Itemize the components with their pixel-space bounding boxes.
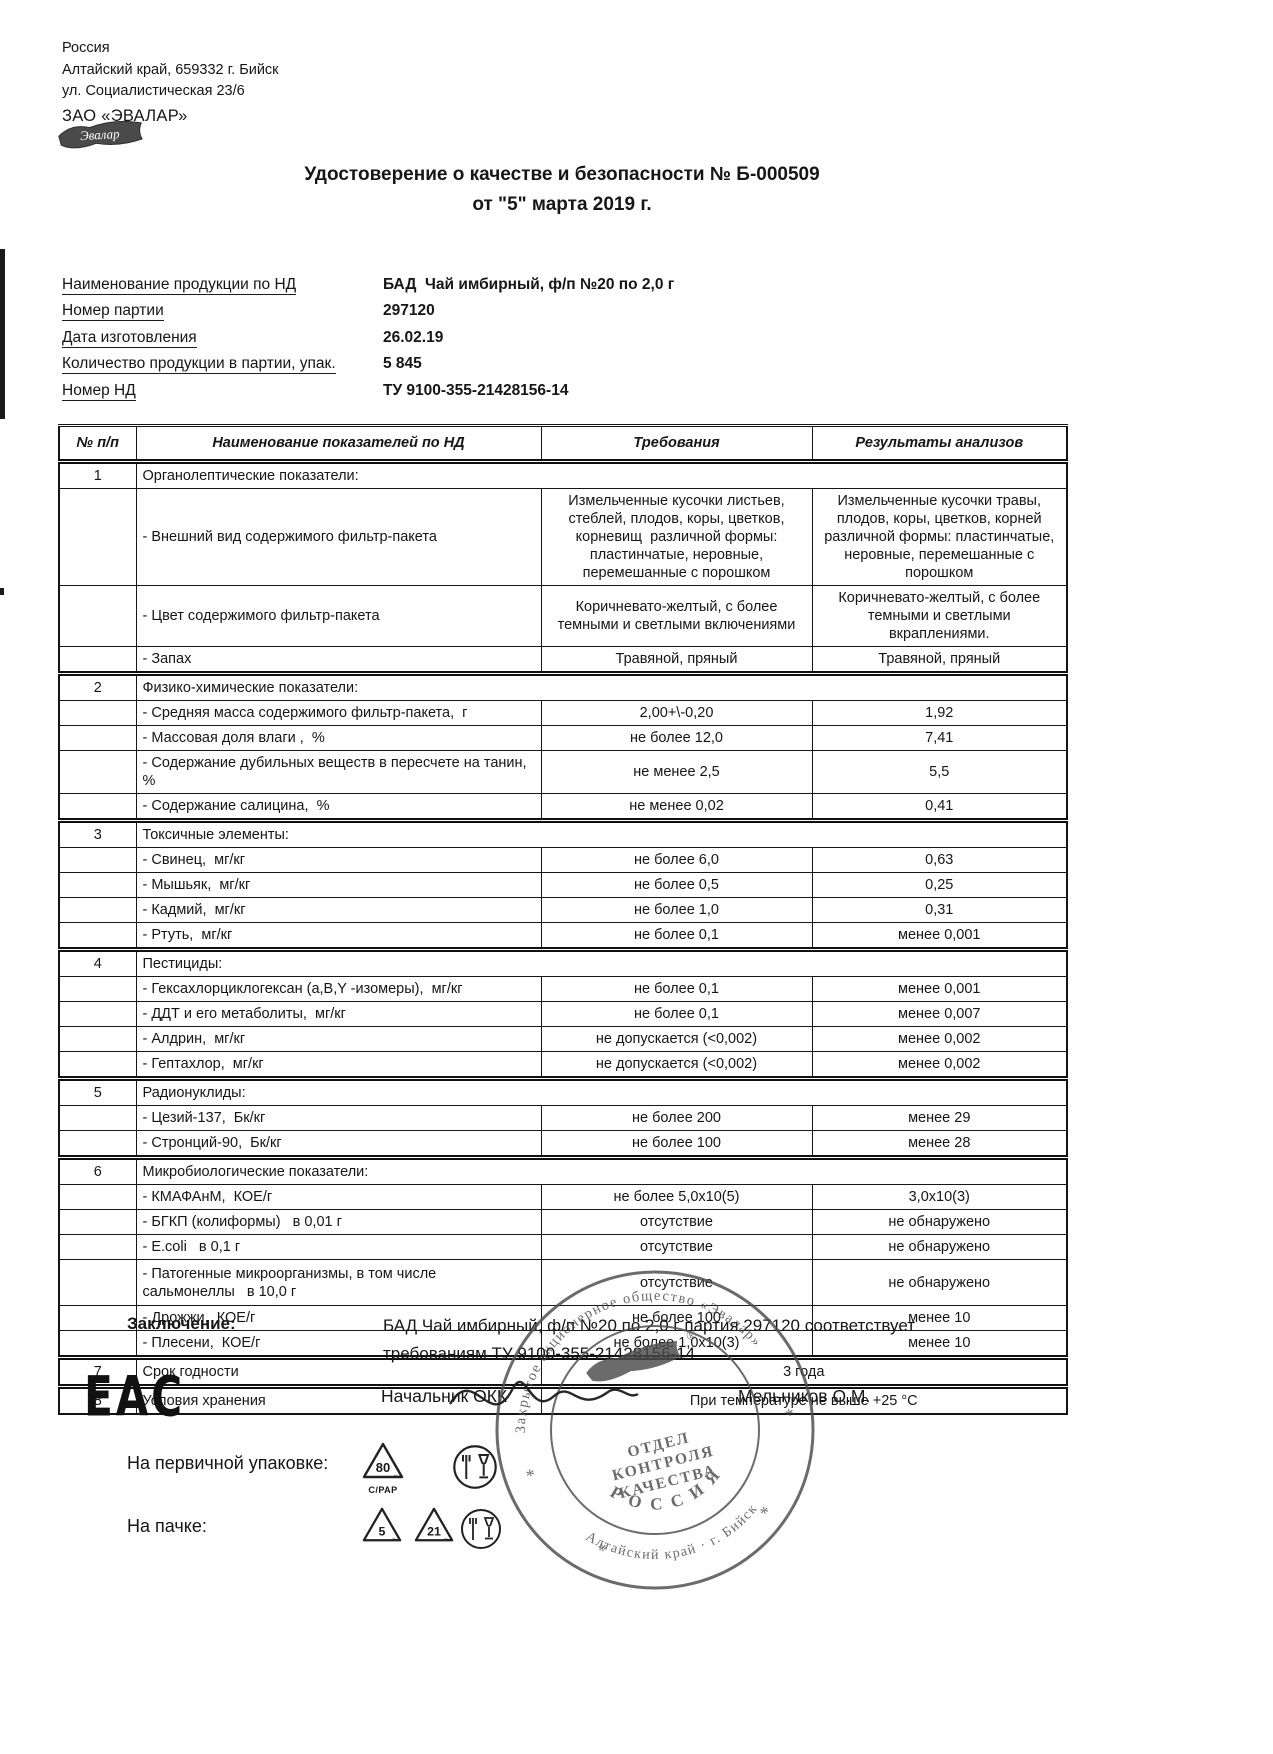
- row-number-cell: [59, 1002, 136, 1027]
- table-row: - Ртуть, мг/кгне более 0,1менее 0,001: [59, 923, 1067, 950]
- row-number-cell: 5: [59, 1079, 136, 1106]
- table-row: - КМАФАнМ, КОЕ/гне более 5,0x10(5)3,0x10…: [59, 1185, 1067, 1210]
- requirement-cell: не более 200: [541, 1106, 812, 1131]
- indicator-name-cell: - Средняя масса содержимого фильтр-пакет…: [136, 701, 541, 726]
- table-row: 1Органолептические показатели:: [59, 462, 1067, 489]
- requirement-cell: не более 12,0: [541, 726, 812, 751]
- requirement-cell: не более 0,5: [541, 873, 812, 898]
- section-title-cell: Физико-химические показатели:: [136, 674, 1067, 701]
- field-value: ТУ 9100-355-21428156-14: [383, 382, 568, 400]
- recycling-material-code: C/PAP: [360, 1485, 406, 1495]
- row-number-cell: [59, 848, 136, 873]
- field-value: 5 845: [383, 355, 422, 373]
- row-number-cell: [59, 1235, 136, 1260]
- col-header-indicator: Наименование показателей по НД: [136, 426, 541, 462]
- table-row: - Внешний вид содержимого фильтр-пакетаИ…: [59, 489, 1067, 586]
- row-number-cell: [59, 647, 136, 674]
- section-title-cell: Органолептические показатели:: [136, 462, 1067, 489]
- row-number-cell: 4: [59, 950, 136, 977]
- table-row: 5Радионуклиды:: [59, 1079, 1067, 1106]
- table-row: - Кадмий, мг/кгне более 1,00,31: [59, 898, 1067, 923]
- logo-text: Эвалар: [80, 126, 121, 143]
- table-row: - Цезий-137, Бк/кгне более 200менее 29: [59, 1106, 1067, 1131]
- scan-artifact: [0, 249, 5, 419]
- section-title-cell: Радионуклиды:: [136, 1079, 1067, 1106]
- result-cell: 1,92: [812, 701, 1067, 726]
- result-cell: 5,5: [812, 751, 1067, 794]
- row-number-cell: [59, 1131, 136, 1158]
- result-cell: 0,31: [812, 898, 1067, 923]
- table-row: - Стронций-90, Бк/кгне более 100менее 28: [59, 1131, 1067, 1158]
- evalar-logo-icon: Эвалар: [55, 116, 149, 162]
- section-title-cell: Токсичные элементы:: [136, 821, 1067, 848]
- indicator-name-cell: - Цвет содержимого фильтр-пакета: [136, 586, 541, 647]
- row-number-cell: [59, 489, 136, 586]
- row-number-cell: [59, 1027, 136, 1052]
- primary-package-label: На первичной упаковке:: [127, 1453, 328, 1474]
- result-cell: 0,63: [812, 848, 1067, 873]
- recycling-code-21-icon: 21: [412, 1505, 456, 1550]
- result-cell: не обнаружено: [812, 1260, 1067, 1306]
- field-row: Номер НД ТУ 9100-355-21428156-14: [62, 382, 336, 408]
- svg-text:*: *: [758, 1502, 772, 1524]
- recycling-code-80-icon: 80 C/PAP: [360, 1440, 406, 1495]
- row-number-cell: [59, 1106, 136, 1131]
- requirement-cell: Измельченные кусочки листьев, стеблей, п…: [541, 489, 812, 586]
- row-number-cell: [59, 873, 136, 898]
- handwritten-signature: [438, 1352, 648, 1447]
- table-row: - Гексахлорциклогексан (а,B,Y -изомеры),…: [59, 977, 1067, 1002]
- address-line: Россия: [62, 38, 279, 60]
- table-row: - Цвет содержимого фильтр-пакетаКоричнев…: [59, 586, 1067, 647]
- row-number-cell: [59, 1185, 136, 1210]
- svg-text:*: *: [783, 1404, 797, 1426]
- row-number-cell: [59, 726, 136, 751]
- field-label: Дата изготовления: [62, 329, 197, 348]
- table-row: - Содержание салицина, %не менее 0,020,4…: [59, 794, 1067, 821]
- indicator-name-cell: - Внешний вид содержимого фильтр-пакета: [136, 489, 541, 586]
- result-cell: 7,41: [812, 726, 1067, 751]
- row-number-cell: [59, 751, 136, 794]
- indicator-name-cell: - Содержание дубильных веществ в пересче…: [136, 751, 541, 794]
- table-row: - Гептахлор, мг/кгне допускается (<0,002…: [59, 1052, 1067, 1079]
- section-title-cell: Пестициды:: [136, 950, 1067, 977]
- table-row: - ДДТ и его метаболиты, мг/кгне более 0,…: [59, 1002, 1067, 1027]
- row-number-cell: [59, 1052, 136, 1079]
- table-row: - Средняя масса содержимого фильтр-пакет…: [59, 701, 1067, 726]
- indicator-name-cell: - ДДТ и его метаболиты, мг/кг: [136, 1002, 541, 1027]
- row-number-cell: [59, 701, 136, 726]
- svg-text:*: *: [524, 1465, 538, 1487]
- title-line-2: от "5" марта 2019 г.: [58, 190, 1066, 220]
- row-number-cell: [59, 923, 136, 950]
- result-cell: Коричневато-желтый, с более темными и св…: [812, 586, 1067, 647]
- recycling-code-number: 80: [376, 1460, 390, 1475]
- indicator-name-cell: - Стронций-90, Бк/кг: [136, 1131, 541, 1158]
- table-row: - ЗапахТравяной, пряныйТравяной, пряный: [59, 647, 1067, 674]
- table-row: - Массовая доля влаги , %не более 12,07,…: [59, 726, 1067, 751]
- field-label: Наименование продукции по НД: [62, 276, 296, 295]
- field-label: Количество продукции в партии, упак.: [62, 355, 336, 374]
- row-number-cell: 3: [59, 821, 136, 848]
- requirement-cell: не допускается (<0,002): [541, 1052, 812, 1079]
- indicator-name-cell: - Гексахлорциклогексан (а,B,Y -изомеры),…: [136, 977, 541, 1002]
- row-number-cell: [59, 977, 136, 1002]
- result-cell: 0,41: [812, 794, 1067, 821]
- table-row: - Алдрин, мг/кгне допускается (<0,002)ме…: [59, 1027, 1067, 1052]
- result-cell: 3,0x10(3): [812, 1185, 1067, 1210]
- table-row: - БГКП (колиформы) в 0,01 готсутствиене …: [59, 1210, 1067, 1235]
- result-cell: менее 28: [812, 1131, 1067, 1158]
- requirement-cell: не более 5,0x10(5): [541, 1185, 812, 1210]
- result-cell: менее 0,001: [812, 923, 1067, 950]
- address-line: Алтайский край, 659332 г. Бийск: [62, 60, 279, 82]
- indicator-name-cell: - Алдрин, мг/кг: [136, 1027, 541, 1052]
- col-header-results: Результаты анализов: [812, 426, 1067, 462]
- quality-certificate-document: Россия Алтайский край, 659332 г. Бийск у…: [0, 0, 1273, 1754]
- row-number-cell: 6: [59, 1158, 136, 1185]
- result-cell: менее 0,002: [812, 1027, 1067, 1052]
- table-row: 4Пестициды:: [59, 950, 1067, 977]
- result-cell: менее 0,002: [812, 1052, 1067, 1079]
- eac-mark-icon: ЕАС: [84, 1364, 185, 1429]
- recycling-code-number: 5: [379, 1524, 386, 1538]
- manufacturer-address: Россия Алтайский край, 659332 г. Бийск у…: [62, 38, 279, 127]
- row-number-cell: 1: [59, 462, 136, 489]
- title-line-1: Удостоверение о качестве и безопасности …: [58, 160, 1066, 190]
- requirement-cell: отсутствие: [541, 1210, 812, 1235]
- result-cell: 0,25: [812, 873, 1067, 898]
- section-title-cell: Микробиологические показатели:: [136, 1158, 1067, 1185]
- field-row: Дата изготовления 26.02.19: [62, 329, 336, 355]
- indicator-name-cell: - Ртуть, мг/кг: [136, 923, 541, 950]
- indicator-name-cell: - Содержание салицина, %: [136, 794, 541, 821]
- field-row: Количество продукции в партии, упак. 5 8…: [62, 355, 336, 381]
- row-number-cell: [59, 1306, 136, 1331]
- table-row: - Мышьяк, мг/кгне более 0,50,25: [59, 873, 1067, 898]
- table-row: 6Микробиологические показатели:: [59, 1158, 1067, 1185]
- result-cell: не обнаружено: [812, 1235, 1067, 1260]
- table-header-row: № п/п Наименование показателей по НД Тре…: [59, 426, 1067, 462]
- indicator-name-cell: - БГКП (колиформы) в 0,01 г: [136, 1210, 541, 1235]
- requirement-cell: Травяной, пряный: [541, 647, 812, 674]
- indicator-name-cell: - Массовая доля влаги , %: [136, 726, 541, 751]
- field-value: БАД Чай имбирный, ф/п №20 по 2,0 г: [383, 276, 674, 294]
- indicator-name-cell: - КМАФАнМ, КОЕ/г: [136, 1185, 541, 1210]
- row-number-cell: [59, 1331, 136, 1358]
- product-fields: Наименование продукции по НД БАД Чай имб…: [62, 276, 336, 408]
- pack-label: На пачке:: [127, 1516, 207, 1537]
- table-row: 3Токсичные элементы:: [59, 821, 1067, 848]
- row-number-cell: [59, 898, 136, 923]
- registered-mark: ®: [684, 1326, 697, 1343]
- scan-artifact: [0, 588, 4, 595]
- result-cell: менее 0,001: [812, 977, 1067, 1002]
- table-row: 2Физико-химические показатели:: [59, 674, 1067, 701]
- row-number-cell: 2: [59, 674, 136, 701]
- requirement-cell: не допускается (<0,002): [541, 1027, 812, 1052]
- result-cell: не обнаружено: [812, 1210, 1067, 1235]
- requirement-cell: не более 1,0: [541, 898, 812, 923]
- indicator-name-cell: - Свинец, мг/кг: [136, 848, 541, 873]
- col-header-requirements: Требования: [541, 426, 812, 462]
- result-cell: менее 0,007: [812, 1002, 1067, 1027]
- field-row: Наименование продукции по НД БАД Чай имб…: [62, 276, 336, 302]
- row-number-cell: [59, 794, 136, 821]
- requirement-cell: не менее 0,02: [541, 794, 812, 821]
- address-line: ул. Социалистическая 23/6: [62, 81, 279, 103]
- requirement-cell: 2,00+\-0,20: [541, 701, 812, 726]
- requirement-cell: не более 0,1: [541, 923, 812, 950]
- requirement-cell: не более 0,1: [541, 1002, 812, 1027]
- recycling-code-number: 21: [427, 1524, 441, 1538]
- result-cell: Травяной, пряный: [812, 647, 1067, 674]
- requirement-cell: не более 6,0: [541, 848, 812, 873]
- recycling-code-5-icon: 5: [360, 1505, 404, 1550]
- requirement-cell: не менее 2,5: [541, 751, 812, 794]
- result-cell: Измельченные кусочки травы, плодов, коры…: [812, 489, 1067, 586]
- indicator-name-cell: - Гептахлор, мг/кг: [136, 1052, 541, 1079]
- indicator-name-cell: - Запах: [136, 647, 541, 674]
- requirement-cell: Коричневато-желтый, с более темными и св…: [541, 586, 812, 647]
- field-label: Номер НД: [62, 382, 136, 401]
- row-number-cell: [59, 586, 136, 647]
- field-value: 26.02.19: [383, 329, 443, 347]
- indicator-name-cell: - Кадмий, мг/кг: [136, 898, 541, 923]
- result-cell: менее 29: [812, 1106, 1067, 1131]
- requirement-cell: не более 0,1: [541, 977, 812, 1002]
- requirement-cell: не более 100: [541, 1131, 812, 1158]
- row-number-cell: [59, 1260, 136, 1306]
- indicator-name-cell: - Цезий-137, Бк/кг: [136, 1106, 541, 1131]
- field-label: Номер партии: [62, 302, 164, 321]
- table-row: - Свинец, мг/кгне более 6,00,63: [59, 848, 1067, 873]
- row-number-cell: [59, 1210, 136, 1235]
- field-value: 297120: [383, 302, 435, 320]
- table-row: - Содержание дубильных веществ в пересче…: [59, 751, 1067, 794]
- field-row: Номер партии 297120: [62, 302, 336, 328]
- document-title: Удостоверение о качестве и безопасности …: [58, 160, 1066, 220]
- col-header-number: № п/п: [59, 426, 136, 462]
- conclusion-label: Заключение:: [127, 1314, 236, 1334]
- indicator-name-cell: - Мышьяк, мг/кг: [136, 873, 541, 898]
